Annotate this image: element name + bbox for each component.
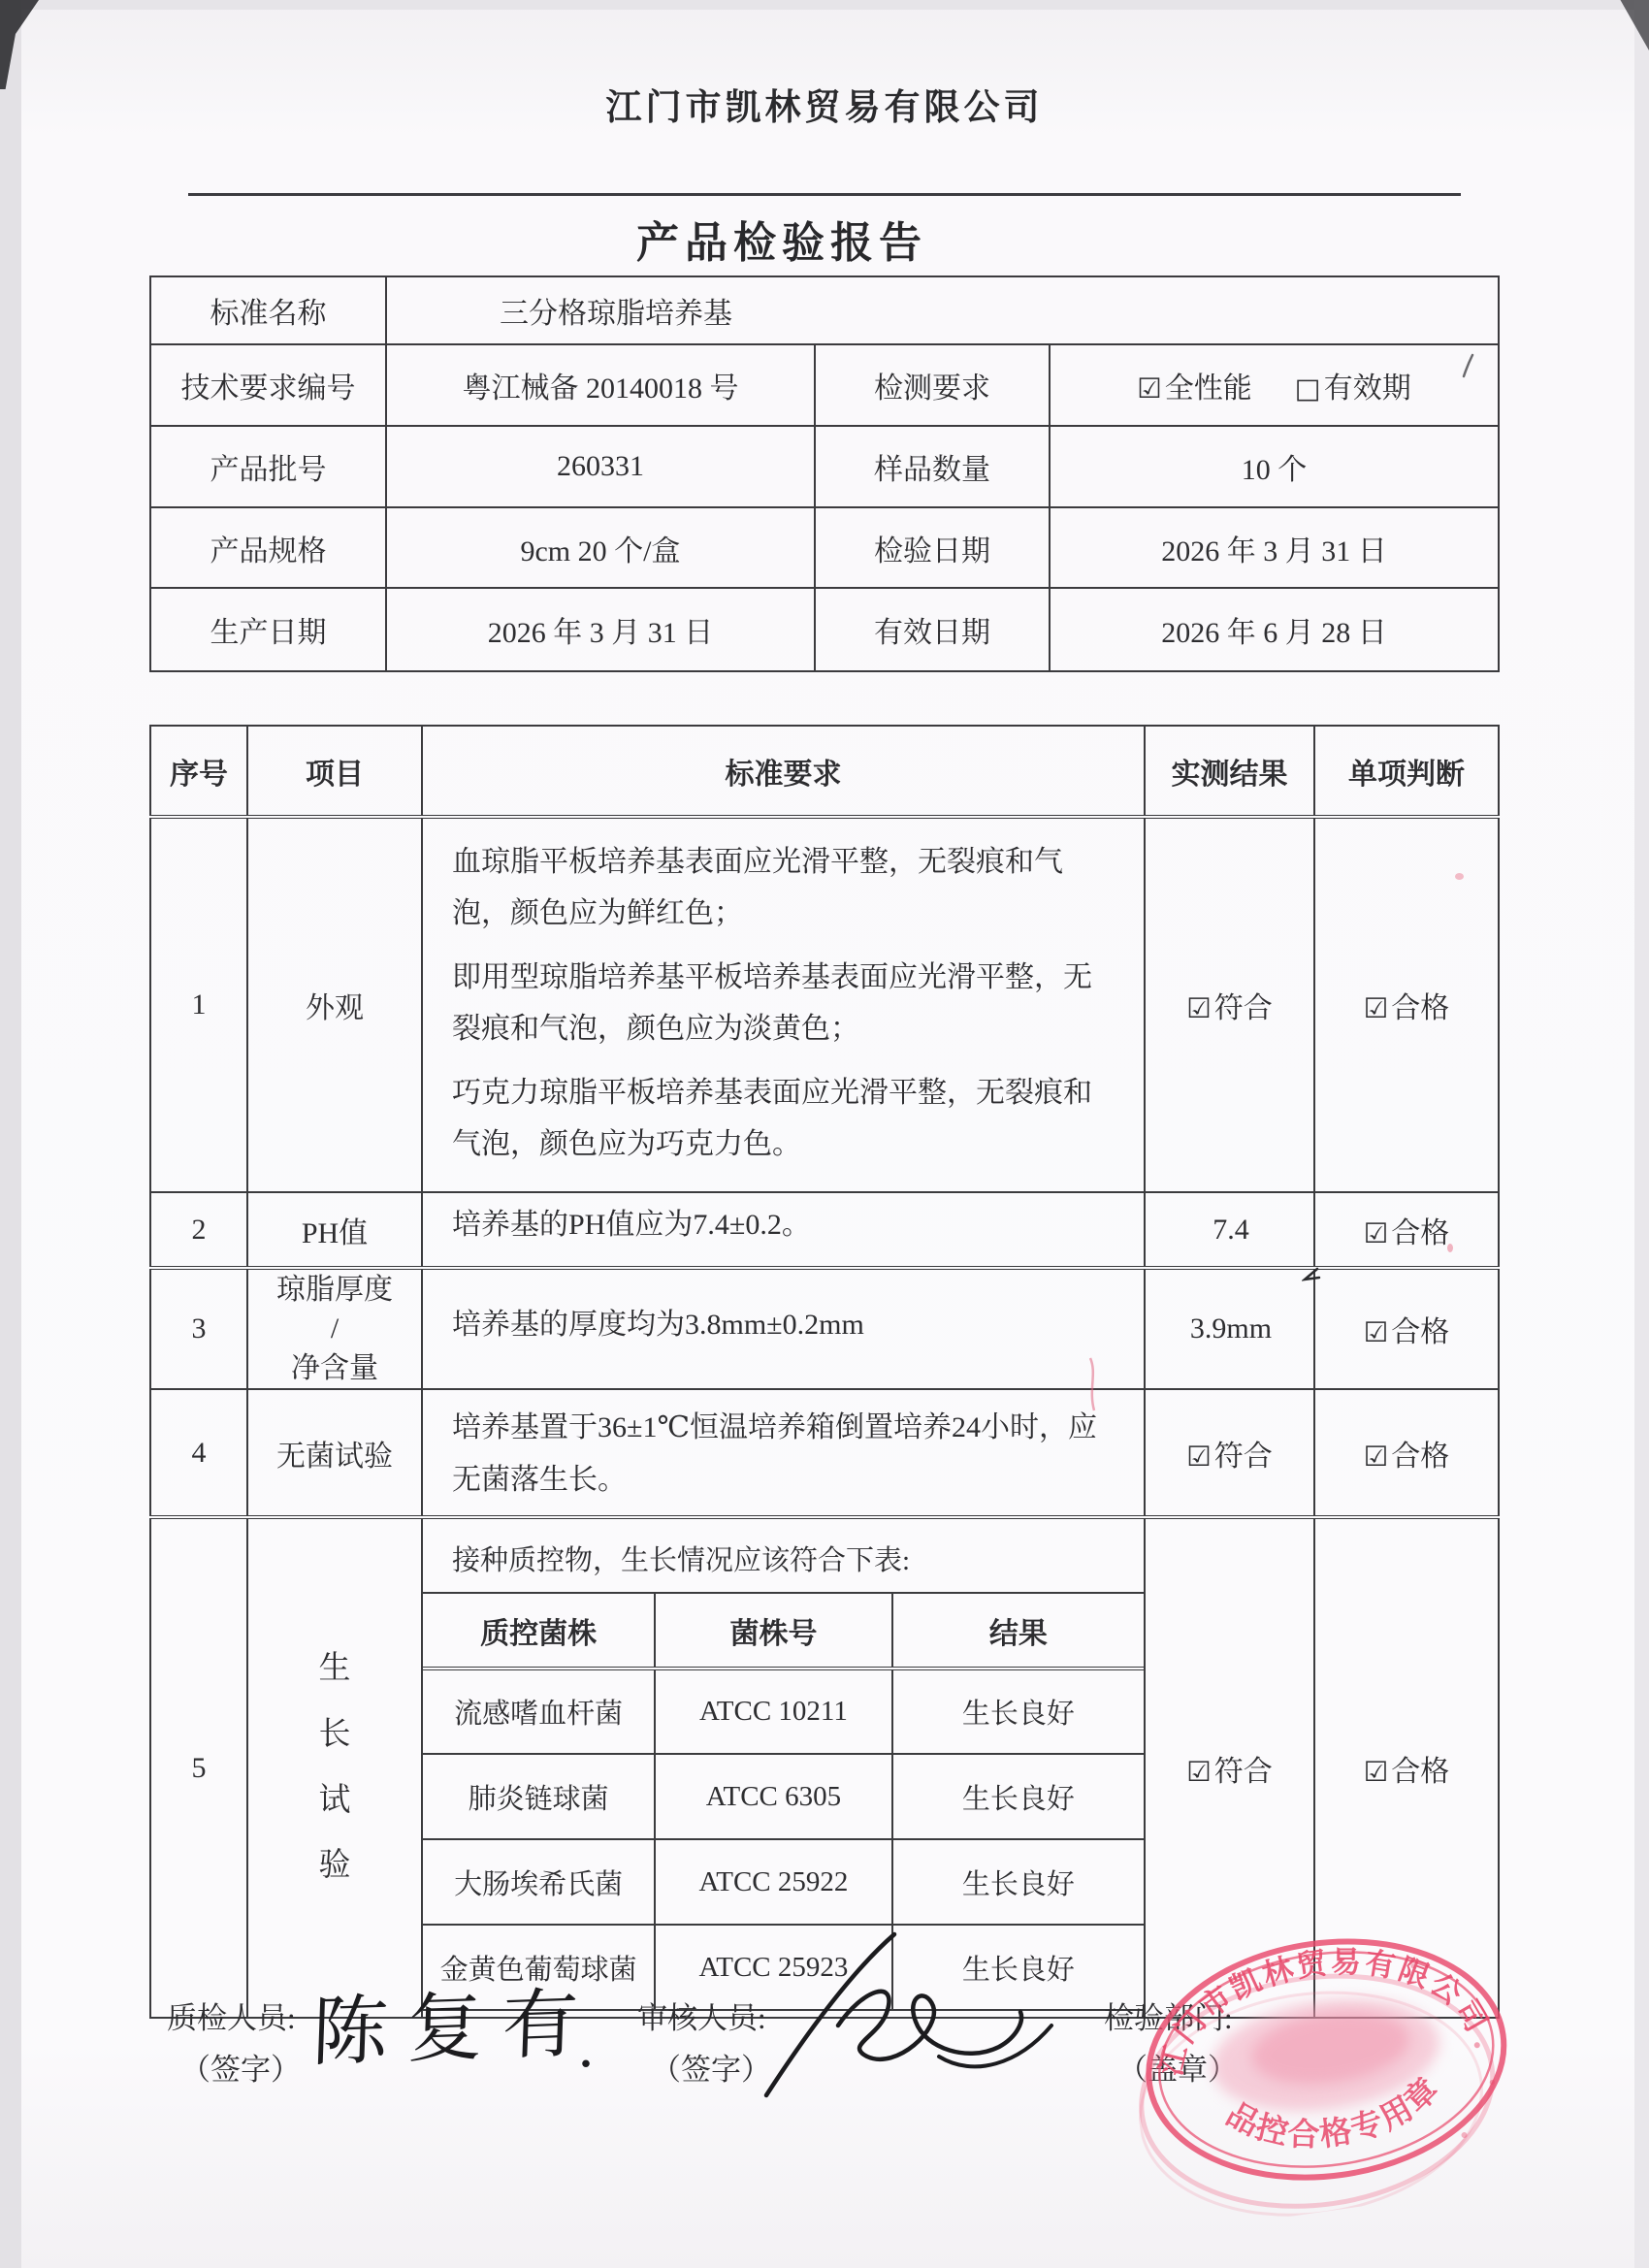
reviewer-label: 审核人员: bbox=[637, 2000, 766, 2036]
row-no: 2 bbox=[150, 1192, 247, 1268]
growth-col-result: 结果 bbox=[892, 1593, 1144, 1669]
item-vertical-text: 生长试验 bbox=[317, 1636, 352, 1899]
row-judgement: ☑合格 bbox=[1314, 817, 1499, 1192]
strain-name: 肺炎链球菌 bbox=[423, 1754, 655, 1839]
sample-qty-label: 样品数量 bbox=[815, 426, 1050, 507]
reviewer-signature bbox=[749, 1928, 1069, 2103]
judgement-text: 合格 bbox=[1391, 1217, 1449, 1249]
table-row: 流感嗜血杆菌 ATCC 10211 生长良好 bbox=[423, 1669, 1144, 1754]
col-header-judgement: 单项判断 bbox=[1314, 726, 1499, 817]
growth-col-strain: 质控菌株 bbox=[423, 1593, 655, 1669]
scanned-inspection-report: 江门市凯林贸易有限公司 产品检验报告 标准名称 三分格琼脂培养基 技术要求编号 … bbox=[0, 0, 1649, 2268]
checkbox-checked-icon: ☑ bbox=[1364, 992, 1389, 1024]
row-no: 5 bbox=[150, 1517, 247, 2018]
detect-req-option-expiry: 有效期 bbox=[1324, 373, 1411, 405]
red-speck bbox=[1447, 1244, 1453, 1252]
sample-qty-value: 10 个 bbox=[1050, 426, 1499, 507]
col-header-item: 项目 bbox=[247, 726, 422, 817]
table-row: 产品规格 9cm 20 个/盒 检验日期 2026 年 3 月 31 日 bbox=[150, 507, 1499, 588]
strain-number: ATCC 25922 bbox=[655, 1839, 891, 1925]
table-row: 2 PH值 培养基的PH值应为7.4±0.2。 7.4 ☑合格 bbox=[150, 1192, 1499, 1268]
checkbox-checked-icon: ☑ bbox=[1364, 1441, 1389, 1473]
table-row: 标准名称 三分格琼脂培养基 bbox=[150, 276, 1499, 344]
strain-result: 生长良好 bbox=[892, 1754, 1144, 1839]
row-item: 无菌试验 bbox=[247, 1389, 422, 1517]
table-row: 技术要求编号 粤江械备 20140018 号 检测要求 ☑全性能□有效期 bbox=[150, 344, 1499, 426]
result-text: 符合 bbox=[1214, 1756, 1273, 1788]
inspect-date-value: 2026 年 3 月 31 日 bbox=[1050, 507, 1499, 588]
pen-comma-mark bbox=[1461, 353, 1476, 378]
col-header-result: 实测结果 bbox=[1145, 726, 1314, 817]
row-result: 3.9mm bbox=[1145, 1268, 1314, 1389]
row-judgement: ☑合格 bbox=[1314, 1389, 1499, 1517]
item-line: / bbox=[248, 1310, 421, 1349]
detect-req-value: ☑全性能□有效期 bbox=[1050, 344, 1499, 426]
row-requirement: 培养基置于36±1℃恒温培养箱倒置培养24小时，应无菌落生长。 bbox=[422, 1389, 1145, 1517]
expiry-date-value: 2026 年 6 月 28 日 bbox=[1050, 588, 1499, 671]
inspect-date-label: 检验日期 bbox=[815, 507, 1050, 588]
growth-intro: 接种质控物，生长情况应该符合下表: bbox=[423, 1519, 1144, 1592]
strain-number: ATCC 6305 bbox=[655, 1754, 891, 1839]
detect-req-label: 检测要求 bbox=[815, 344, 1050, 426]
inspection-results-table: 序号 项目 标准要求 实测结果 单项判断 1 外观 血琼脂平板培养基表面应光滑平… bbox=[149, 725, 1500, 2019]
result-text: 3.9mm bbox=[1190, 1312, 1272, 1345]
table-row: 肺炎链球菌 ATCC 6305 生长良好 bbox=[423, 1754, 1144, 1839]
prod-date-value: 2026 年 3 月 31 日 bbox=[386, 588, 815, 671]
item-line: 琼脂厚度 bbox=[248, 1271, 421, 1311]
row-result: ☑符合 bbox=[1145, 817, 1314, 1192]
detect-req-option-full: 全性能 bbox=[1165, 373, 1252, 405]
report-title: 产品检验报告 bbox=[108, 219, 1456, 268]
table-header-row: 质控菌株 菌株号 结果 bbox=[423, 1593, 1144, 1669]
checkbox-checked-icon: ☑ bbox=[1186, 992, 1212, 1024]
checkbox-checked-icon: ☑ bbox=[1186, 1756, 1212, 1788]
red-ink-smudge bbox=[1086, 1356, 1100, 1414]
table-row: 3 琼脂厚度 / 净含量 培养基的厚度均为3.8mm±0.2mm 3.9mm ☑… bbox=[150, 1268, 1499, 1389]
row-item: 外观 bbox=[247, 817, 422, 1192]
red-speck bbox=[1455, 873, 1464, 880]
scan-edge-right bbox=[1634, 0, 1649, 2268]
strain-result: 生长良好 bbox=[892, 1839, 1144, 1925]
checkbox-checked-icon: ☑ bbox=[1137, 373, 1162, 405]
strain-result: 生长良好 bbox=[892, 1669, 1144, 1754]
expiry-date-label: 有效日期 bbox=[815, 588, 1050, 671]
tech-req-label: 技术要求编号 bbox=[150, 344, 386, 426]
strain-name: 大肠埃希氏菌 bbox=[423, 1839, 655, 1925]
header-divider bbox=[188, 193, 1461, 196]
checkbox-checked-icon: ☑ bbox=[1364, 1756, 1389, 1788]
row-item: 生长试验 bbox=[247, 1517, 422, 2018]
judgement-text: 合格 bbox=[1391, 1756, 1449, 1788]
inspector-sub-label: （签字） bbox=[180, 2045, 301, 2089]
judgement-text: 合格 bbox=[1391, 992, 1449, 1024]
pen-tick-mark bbox=[1302, 1267, 1321, 1284]
col-header-no: 序号 bbox=[150, 726, 247, 817]
spec-value: 9cm 20 个/盒 bbox=[386, 507, 815, 588]
row-result: 7.4 bbox=[1145, 1192, 1314, 1268]
checkbox-checked-icon: ☑ bbox=[1364, 1316, 1389, 1348]
scan-edge-top bbox=[0, 0, 1649, 10]
row-judgement: ☑合格 bbox=[1314, 1268, 1499, 1389]
row-requirement: 血琼脂平板培养基表面应光滑平整，无裂痕和气泡，颜色应为鲜红色； 即用型琼脂培养基… bbox=[422, 817, 1145, 1192]
product-info-table: 标准名称 三分格琼脂培养基 技术要求编号 粤江械备 20140018 号 检测要… bbox=[149, 275, 1500, 672]
standard-name-value: 三分格琼脂培养基 bbox=[386, 276, 1499, 344]
table-row: 大肠埃希氏菌 ATCC 25922 生长良好 bbox=[423, 1839, 1144, 1925]
table-row: 产品批号 260331 样品数量 10 个 bbox=[150, 426, 1499, 507]
inspector-signature: 陈复有 bbox=[310, 1962, 599, 2081]
tech-req-value: 粤江械备 20140018 号 bbox=[386, 344, 815, 426]
row-no: 4 bbox=[150, 1389, 247, 1517]
row-judgement: ☑合格 bbox=[1314, 1192, 1499, 1268]
row-item: 琼脂厚度 / 净含量 bbox=[247, 1268, 422, 1389]
col-header-requirement: 标准要求 bbox=[422, 726, 1145, 817]
requirement-line: 即用型琼脂培养基平板培养基表面应光滑平整，无裂痕和气泡，颜色应为淡黄色； bbox=[452, 952, 1118, 1055]
row-item: PH值 bbox=[247, 1192, 422, 1268]
row-no: 1 bbox=[150, 817, 247, 1192]
table-row: 生产日期 2026 年 3 月 31 日 有效日期 2026 年 6 月 28 … bbox=[150, 588, 1499, 671]
batch-label: 产品批号 bbox=[150, 426, 386, 507]
strain-name: 流感嗜血杆菌 bbox=[423, 1669, 655, 1754]
result-text: 符合 bbox=[1214, 992, 1273, 1024]
item-line: 净含量 bbox=[248, 1349, 421, 1389]
company-stamp: 江门市凯林贸易有限公司 品控合格专用章 bbox=[1115, 1894, 1539, 2236]
row-no: 3 bbox=[150, 1268, 247, 1389]
standard-name-label: 标准名称 bbox=[150, 276, 386, 344]
strain-number: ATCC 10211 bbox=[655, 1669, 891, 1754]
inspector-signature-dot: . bbox=[578, 2010, 594, 2082]
judgement-text: 合格 bbox=[1391, 1441, 1449, 1473]
requirement-line: 血琼脂平板培养基表面应光滑平整，无裂痕和气泡，颜色应为鲜红色； bbox=[452, 836, 1118, 940]
checkbox-checked-icon: ☑ bbox=[1364, 1217, 1389, 1249]
table-row: 4 无菌试验 培养基置于36±1℃恒温培养箱倒置培养24小时，应无菌落生长。 ☑… bbox=[150, 1389, 1499, 1517]
checkbox-unchecked-icon: □ bbox=[1295, 373, 1321, 405]
table-header-row: 序号 项目 标准要求 实测结果 单项判断 bbox=[150, 726, 1499, 817]
row-result: ☑符合 bbox=[1145, 1389, 1314, 1517]
row-requirement: 培养基的PH值应为7.4±0.2。 bbox=[422, 1192, 1145, 1268]
inspector-label: 质检人员: bbox=[167, 2000, 296, 2036]
batch-value: 260331 bbox=[386, 426, 815, 507]
result-text: 符合 bbox=[1214, 1441, 1273, 1473]
judgement-text: 合格 bbox=[1391, 1316, 1449, 1348]
row-requirement: 培养基的厚度均为3.8mm±0.2mm bbox=[422, 1268, 1145, 1389]
result-text: 7.4 bbox=[1212, 1214, 1249, 1246]
growth-col-strain-no: 菌株号 bbox=[655, 1593, 891, 1669]
table-row: 1 外观 血琼脂平板培养基表面应光滑平整，无裂痕和气泡，颜色应为鲜红色； 即用型… bbox=[150, 817, 1499, 1192]
requirement-line: 巧克力琼脂平板培养基表面应光滑平整，无裂痕和气泡，颜色应为巧克力色。 bbox=[452, 1067, 1118, 1171]
scan-edge-left bbox=[0, 0, 21, 2268]
prod-date-label: 生产日期 bbox=[150, 588, 386, 671]
spec-label: 产品规格 bbox=[150, 507, 386, 588]
company-title: 江门市凯林贸易有限公司 bbox=[150, 85, 1499, 131]
checkbox-checked-icon: ☑ bbox=[1186, 1441, 1212, 1473]
